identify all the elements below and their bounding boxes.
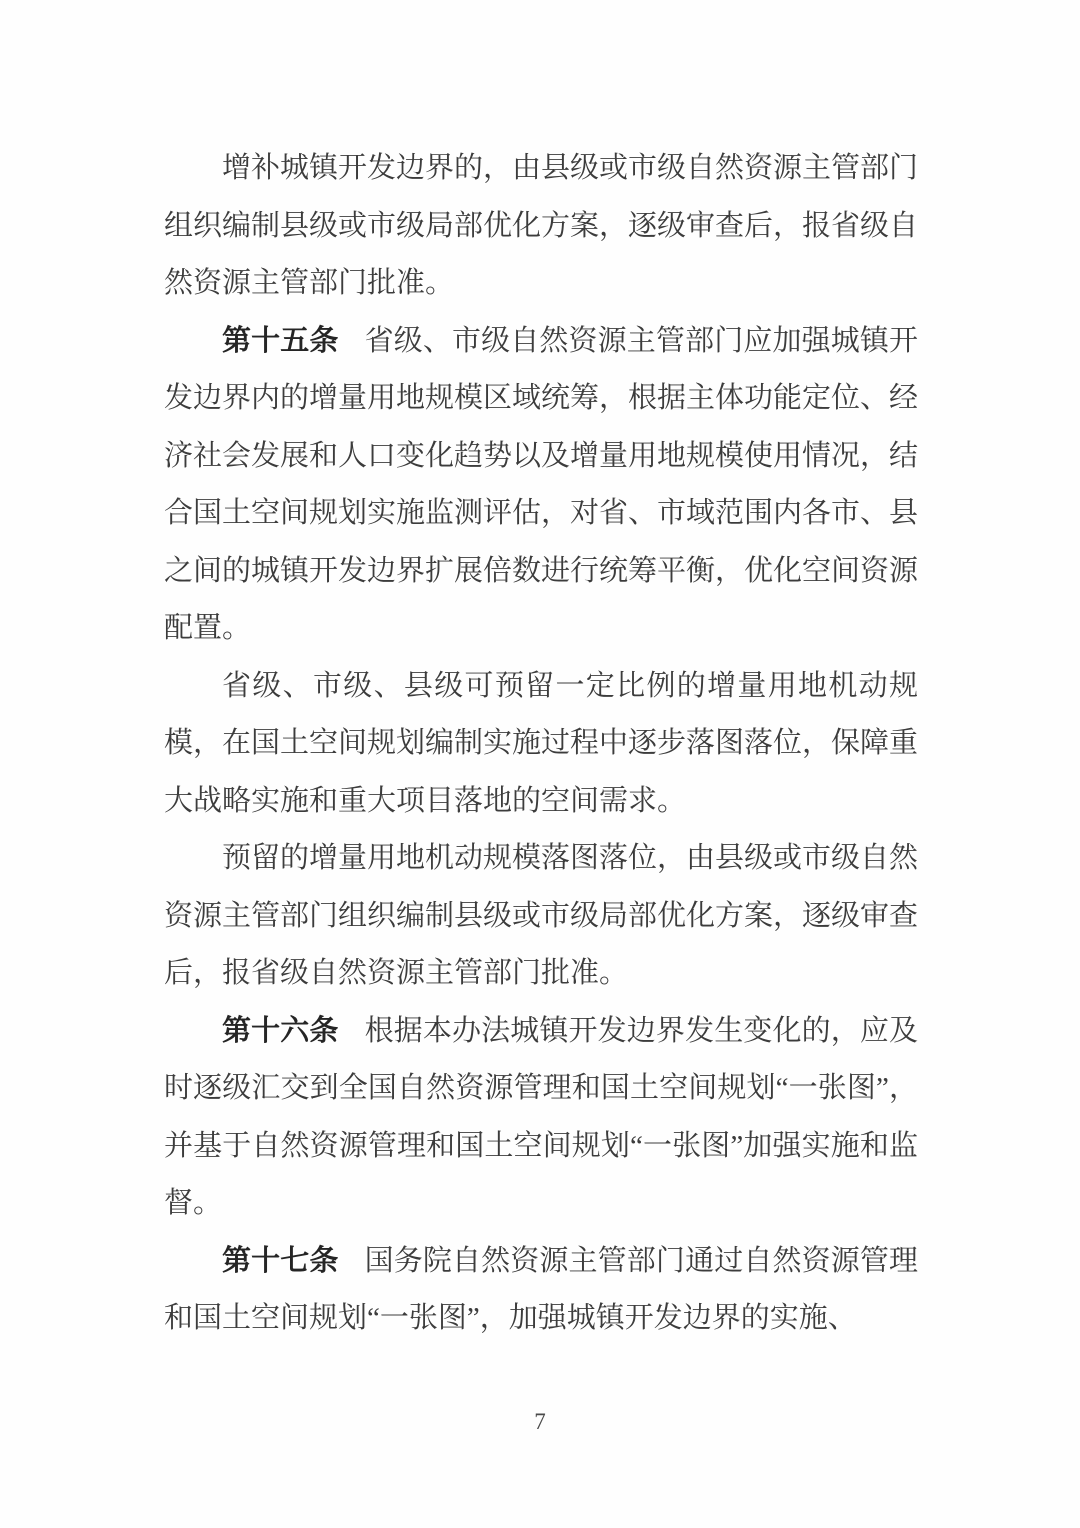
article-number: 第十六条 — [222, 1015, 339, 1047]
document-page: 增补城镇开发边界的，由县级或市级自然资源主管部门组织编制县级或市级局部优化方案，… — [0, 0, 1080, 1528]
paragraph: 第十五条省级、市级自然资源主管部门应加强城镇开发边界内的增量用地规模区域统筹，根… — [164, 313, 918, 658]
paragraph-text: 增补城镇开发边界的，由县级或市级自然资源主管部门组织编制县级或市级局部优化方案，… — [164, 152, 918, 299]
document-body: 增补城镇开发边界的，由县级或市级自然资源主管部门组织编制县级或市级局部优化方案，… — [164, 140, 918, 1348]
paragraph: 增补城镇开发边界的，由县级或市级自然资源主管部门组织编制县级或市级局部优化方案，… — [164, 140, 918, 313]
article-number: 第十七条 — [222, 1245, 339, 1277]
paragraph: 省级、市级、县级可预留一定比例的增量用地机动规模，在国土空间规划编制实施过程中逐… — [164, 658, 918, 831]
paragraph: 预留的增量用地机动规模落图落位，由县级或市级自然资源主管部门组织编制县级或市级局… — [164, 830, 918, 1003]
paragraph: 第十六条根据本办法城镇开发边界发生变化的，应及时逐级汇交到全国自然资源管理和国土… — [164, 1003, 918, 1233]
paragraph-text: 省级、市级、县级可预留一定比例的增量用地机动规模，在国土空间规划编制实施过程中逐… — [164, 670, 918, 817]
paragraph: 第十七条国务院自然资源主管部门通过自然资源管理和国土空间规划“一张图”，加强城镇… — [164, 1233, 918, 1348]
article-number: 第十五条 — [222, 325, 339, 357]
page-number: 7 — [0, 1408, 1080, 1436]
paragraph-text: 省级、市级自然资源主管部门应加强城镇开发边界内的增量用地规模区域统筹，根据主体功… — [164, 325, 918, 645]
paragraph-text: 预留的增量用地机动规模落图落位，由县级或市级自然资源主管部门组织编制县级或市级局… — [164, 842, 918, 989]
